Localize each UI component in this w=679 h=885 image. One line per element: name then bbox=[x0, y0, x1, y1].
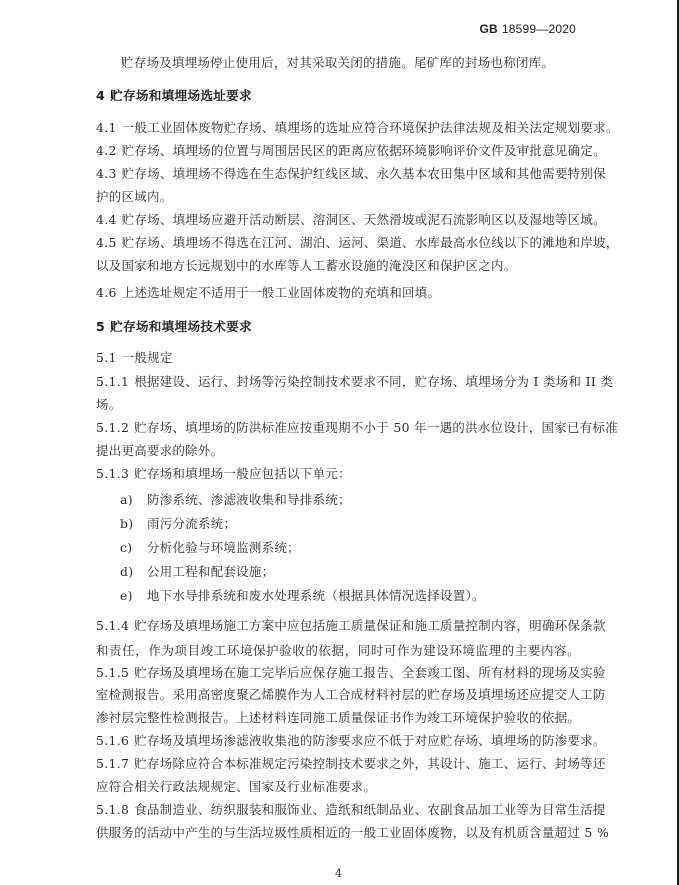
standard-prefix: GB bbox=[480, 22, 498, 36]
clause-text: 一般工业固体废物贮存场、填埋场的选址应符合环境保护法律法规及相关法定规划要求。 bbox=[122, 120, 619, 135]
clause-5-1-7: 5.1.7贮存场除应符合本标准规定污染控制技术要求之外，其设计、施工、运行、封场… bbox=[96, 756, 580, 772]
clause-4-4: 4.4贮存场、填埋场应避开活动断层、溶洞区、天然滑坡或泥石流影响区以及湿地等区域… bbox=[96, 212, 580, 228]
section-title: 贮存场和填埋场技术要求 bbox=[110, 319, 252, 334]
clause-number: 4.1 bbox=[96, 120, 117, 135]
clause-text: 贮存场、填埋场的位置与周围居民区的距离应依据环境影响评价文件及审批意见确定。 bbox=[122, 143, 606, 158]
clause-5-1-2: 5.1.2贮存场、填埋场的防洪标准应按重现期不小于 50 年一遇的洪水位设计，国… bbox=[96, 420, 580, 436]
clause-number: 5.1.2 bbox=[96, 420, 129, 435]
clause-text: 贮存场、填埋场不得选在江河、湖泊、运河、渠道、水库最高水位线以下的滩地和岸坡， bbox=[122, 235, 619, 250]
clause-5-1-4: 5.1.4贮存场及填埋场施工方案中应包括施工质量保证和施工质量控制内容，明确环保… bbox=[96, 618, 580, 634]
subsection-5-1: 5.1一般规定 bbox=[96, 350, 580, 366]
document-page: GB18599—2020 贮存场及填埋场停止使用后，对其采取关闭的措施。尾矿库的… bbox=[0, 0, 679, 885]
clause-4-2: 4.2贮存场、填埋场的位置与周围居民区的距离应依据环境影响评价文件及审批意见确定… bbox=[96, 143, 580, 159]
clause-number: 4.5 bbox=[96, 235, 117, 250]
clause-5-1-8: 5.1.8食品制造业、纺织服装和服饰业、造纸和纸制品业、农副食品加工业等为日常生… bbox=[96, 802, 580, 818]
page-number: 4 bbox=[335, 867, 342, 880]
list-label: e) bbox=[120, 588, 147, 604]
subsection-title: 一般规定 bbox=[122, 350, 173, 365]
list-text: 地下水导排系统和废水处理系统（根据具体情况选择设置）。 bbox=[147, 588, 485, 603]
clause-number: 5.1.4 bbox=[96, 618, 129, 633]
list-label: d) bbox=[120, 564, 147, 580]
list-text: 公用工程和配套设施； bbox=[147, 564, 274, 579]
clause-text: 贮存场、填埋场应避开活动断层、溶洞区、天然滑坡或泥石流影响区以及湿地等区域。 bbox=[122, 212, 606, 227]
list-text: 防渗系统、渗滤液收集和导排系统； bbox=[147, 492, 351, 507]
clause-text: 贮存场及填埋场在施工完毕后应保存施工报告、全套竣工图、所有材料的现场及实验 bbox=[134, 665, 605, 680]
clause-4-3-cont: 护的区域内。 bbox=[96, 189, 580, 205]
clause-number: 4.2 bbox=[96, 143, 117, 158]
clause-4-3: 4.3贮存场、填埋场不得选在生态保护红线区域、永久基本农田集中区域和其他需要特别… bbox=[96, 166, 580, 182]
section-title: 贮存场和填埋场选址要求 bbox=[110, 88, 252, 103]
clause-number: 5.1.7 bbox=[96, 756, 129, 771]
clause-text: 根据建设、运行、封场等污染控制技术要求不同，贮存场、填埋场分为 I 类场和 II… bbox=[134, 374, 613, 389]
clause-number: 5.1.8 bbox=[96, 802, 129, 817]
unit-list-item-a: a)防渗系统、渗滤液收集和导排系统； bbox=[120, 492, 351, 508]
standard-number: 18599—2020 bbox=[502, 22, 576, 36]
clause-text: 贮存场、填埋场不得选在生态保护红线区域、永久基本农田集中区域和其他需要特别保 bbox=[122, 166, 606, 181]
clause-text: 贮存场、填埋场的防洪标准应按重现期不小于 50 年一遇的洪水位设计，国家已有标准 bbox=[134, 420, 618, 435]
clause-5-1-5: 5.1.5贮存场及填埋场在施工完毕后应保存施工报告、全套竣工图、所有材料的现场及… bbox=[96, 665, 580, 681]
clause-text: 贮存场除应符合本标准规定污染控制技术要求之外，其设计、施工、运行、封场等还 bbox=[134, 756, 605, 771]
clause-5-1-4-cont: 和责任，作为项目竣工环境保护验收的依据，同时可作为建设环境监理的主要内容。 bbox=[96, 643, 580, 659]
clause-5-1-8-cont: 供服务的活动中产生的与生活垃圾性质相近的一般工业固体废物，以及有机质含量超过 5… bbox=[96, 825, 580, 841]
clause-number: 4.3 bbox=[96, 166, 117, 181]
clause-5-1-6: 5.1.6贮存场及填埋场渗滤液收集池的防渗要求应不低于对应贮存场、填埋场的防渗要… bbox=[96, 733, 580, 749]
list-label: a) bbox=[120, 492, 147, 508]
clause-text: 上述选址规定不适用于一般工业固体废物的充填和回填。 bbox=[122, 285, 441, 300]
list-label: b) bbox=[120, 516, 147, 532]
clause-4-1: 4.1一般工业固体废物贮存场、填埋场的选址应符合环境保护法律法规及相关法定规划要… bbox=[96, 120, 580, 136]
clause-number: 5.1.5 bbox=[96, 665, 129, 680]
clause-5-1-5-cont-1: 室检测报告。采用高密度聚乙烯膜作为人工合成材料衬层的贮存场及填埋场还应提交人工防 bbox=[96, 687, 580, 703]
clause-5-1-1-cont: 场。 bbox=[96, 397, 580, 413]
unit-list-item-d: d)公用工程和配套设施； bbox=[120, 564, 274, 580]
section-number: 5 bbox=[96, 319, 105, 334]
clause-number: 5.1.1 bbox=[96, 374, 129, 389]
clause-4-5: 4.5贮存场、填埋场不得选在江河、湖泊、运河、渠道、水库最高水位线以下的滩地和岸… bbox=[96, 235, 580, 251]
unit-list-item-b: b)雨污分流系统； bbox=[120, 516, 236, 532]
clause-text: 贮存场和填埋场一般应包括以下单元： bbox=[134, 466, 351, 481]
unit-list-item-e: e)地下水导排系统和废水处理系统（根据具体情况选择设置）。 bbox=[120, 588, 485, 604]
clause-5-1-5-cont-2: 渗衬层完整性检测报告。上述材料连同施工质量保证书作为竣工环境保护验收的依据。 bbox=[96, 710, 580, 726]
unit-list-item-c: c)分析化验与环境监测系统； bbox=[120, 540, 300, 556]
clause-5-1-7-cont: 应符合相关行政法规规定、国家及行业标准要求。 bbox=[96, 779, 580, 795]
intro-paragraph: 贮存场及填埋场停止使用后，对其采取关闭的措施。尾矿库的封场也称闭库。 bbox=[121, 55, 605, 71]
clause-4-5-cont: 以及国家和地方长远规划中的水库等人工蓄水设施的淹没区和保护区之内。 bbox=[96, 258, 580, 274]
clause-number: 4.6 bbox=[96, 285, 117, 300]
section-number: 4 bbox=[96, 88, 105, 103]
clause-5-1-3: 5.1.3贮存场和填埋场一般应包括以下单元： bbox=[96, 466, 580, 482]
list-label: c) bbox=[120, 540, 147, 556]
clause-number: 4.4 bbox=[96, 212, 117, 227]
clause-number: 5.1.6 bbox=[96, 733, 129, 748]
clause-text: 贮存场及填埋场渗滤液收集池的防渗要求应不低于对应贮存场、填埋场的防渗要求。 bbox=[134, 733, 605, 748]
list-text: 分析化验与环境监测系统； bbox=[147, 540, 300, 555]
list-text: 雨污分流系统； bbox=[147, 516, 236, 531]
clause-5-1-1: 5.1.1根据建设、运行、封场等污染控制技术要求不同，贮存场、填埋场分为 I 类… bbox=[96, 374, 580, 390]
section-4-heading: 4贮存场和填埋场选址要求 bbox=[96, 88, 252, 104]
standard-code: GB18599—2020 bbox=[480, 22, 576, 36]
clause-text: 贮存场及填埋场施工方案中应包括施工质量保证和施工质量控制内容，明确环保条款 bbox=[134, 618, 605, 633]
clause-number: 5.1.3 bbox=[96, 466, 129, 481]
clause-4-6: 4.6上述选址规定不适用于一般工业固体废物的充填和回填。 bbox=[96, 285, 580, 301]
section-5-heading: 5贮存场和填埋场技术要求 bbox=[96, 319, 252, 335]
clause-text: 食品制造业、纺织服装和服饰业、造纸和纸制品业、农副食品加工业等为日常生活提 bbox=[134, 802, 605, 817]
subsection-number: 5.1 bbox=[96, 350, 117, 365]
clause-5-1-2-cont: 提出更高要求的除外。 bbox=[96, 443, 580, 459]
